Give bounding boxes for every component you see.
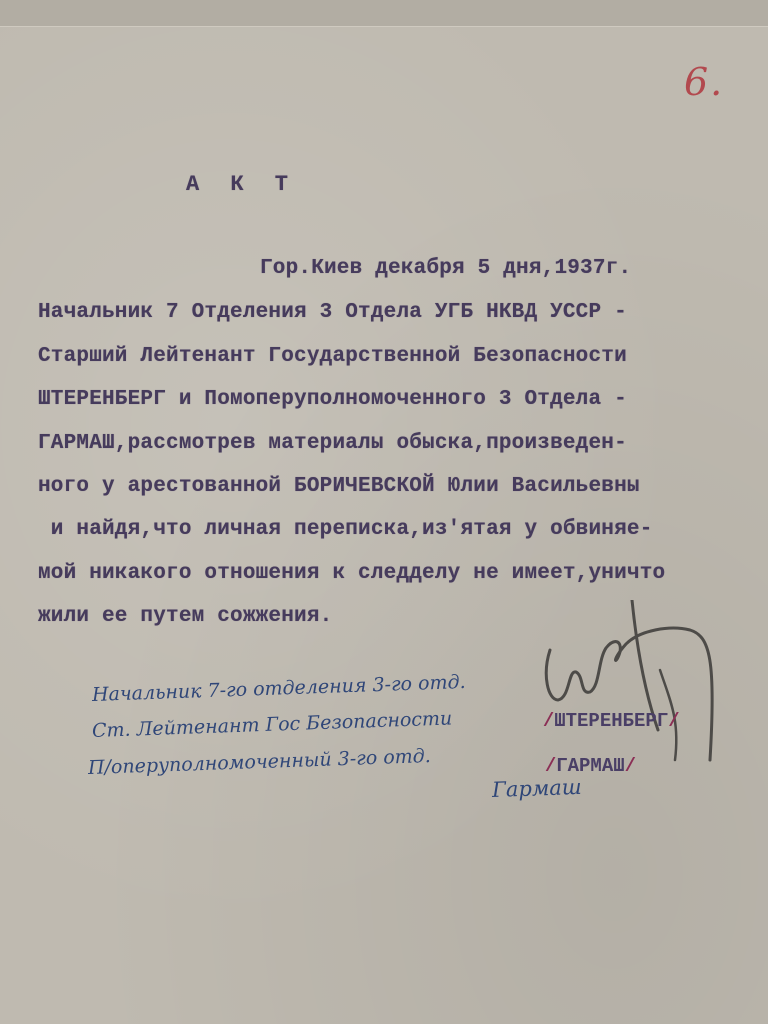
signature-block-garmash: /ГАРМАШ/ (522, 733, 636, 777)
body-line: ного у арестованной БОРИЧЕВСКОЙ Юлии Вас… (38, 475, 640, 498)
slash: / (545, 755, 556, 777)
body-line: ШТЕРЕНБЕРГ и Помоперуполномоченного 3 От… (38, 388, 627, 411)
desk-edge (0, 0, 768, 27)
body-line: Начальник 7 Отделения 3 Отдела УГБ НКВД … (38, 301, 627, 324)
slash: / (543, 710, 554, 732)
slash: / (625, 755, 636, 777)
slash: / (668, 710, 679, 732)
body-line: мой никакого отношения к следделу не име… (38, 562, 665, 585)
signatory-name: ГАРМАШ (556, 755, 624, 777)
signature-block-shterenberg: /ШТЕРЕНБЕРГ/ (520, 688, 680, 732)
body-line: Старший Лейтенант Государственной Безопа… (38, 345, 627, 368)
handwritten-signature: Гармаш (492, 775, 582, 802)
signatory-name: ШТЕРЕНБЕРГ (554, 710, 668, 732)
body-line: и найдя,что личная переписка,из'ятая у о… (38, 518, 653, 541)
document-title: А К Т (186, 172, 297, 197)
body-line: жили ее путем сожжения. (38, 605, 332, 628)
page-number: 6. (684, 60, 724, 104)
date-line: Гор.Киев декабря 5 дня,1937г. (260, 257, 631, 280)
body-line: ГАРМАШ,рассмотрев материалы обыска,произ… (38, 432, 627, 455)
